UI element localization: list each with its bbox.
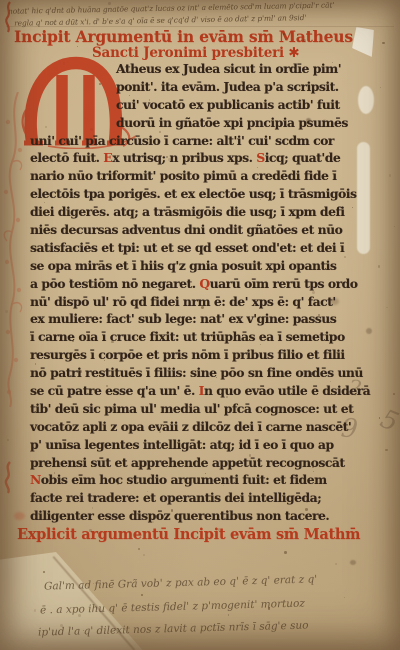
speckle xyxy=(386,307,388,309)
text-line: vocatōz apli z opa evāii z dilcōz dei ī … xyxy=(30,419,360,437)
text-segment: resurgēs ī corpōe et pris nōm ī pribus f… xyxy=(30,347,345,362)
parchment-flaw-blob xyxy=(358,86,374,114)
text-segment: nū' dispō ul' rō qd fidei nrm ē: de' xps… xyxy=(30,294,336,309)
text-line: ī carne oīa ī cruce fixit: ut triūphās e… xyxy=(30,329,360,347)
text-line: uni' cui' pīa circūsio ī carne: alt'i' c… xyxy=(30,133,360,151)
text-line: ponit'. ita evām. Judea p'a scripsit. xyxy=(30,79,360,97)
rubricated-initial: N xyxy=(30,472,41,487)
text-segment: ī carne oīa ī cruce fixit: ut triūphās e… xyxy=(30,329,345,344)
speckle xyxy=(284,551,287,554)
speckle xyxy=(138,548,140,550)
text-segment: vocatōz apli z opa evāii z dilcōz dei ī … xyxy=(30,419,351,434)
text-line: se cū patre esse q'a un' ē. In quo evāo … xyxy=(30,383,360,401)
speckle xyxy=(394,226,395,227)
explicit-rubric: Explicit argumentū Incipit evām sm̄ Math… xyxy=(17,526,360,543)
text-line: ex muliere: fact' sub lege: nat' ex v'gi… xyxy=(30,311,360,329)
manuscript-page: notat' hic q'dnt ab huāna gnatōe quat'z … xyxy=(0,0,400,650)
text-segment: electō fuit. xyxy=(30,150,103,165)
text-line: cui' vocatō ex publicanis actib' fuit xyxy=(30,97,360,115)
text-segment: satisfaciēs et tpi: ut et se qd esset on… xyxy=(30,240,344,255)
speckle xyxy=(7,439,9,441)
text-line: nū' dispō ul' rō qd fidei nrm ē: de' xps… xyxy=(30,294,360,312)
text-segment: uarū oīm rerū tps ordo xyxy=(210,276,358,291)
text-line: diligenter esse dispōz querentibus non t… xyxy=(30,508,360,526)
text-block: Atheus ex Judea sicut in ordīe pim'ponit… xyxy=(30,61,360,526)
text-segment: diligenter esse dispōz querentibus non t… xyxy=(30,508,329,523)
text-line: satisfaciēs et tpi: ut et se qd esset on… xyxy=(30,240,360,258)
text-line: resurgēs ī corpōe et pris nōm ī pribus f… xyxy=(30,347,360,365)
text-line: prehensi sūt et apprehende appetūt recog… xyxy=(30,455,360,473)
text-segment: uni' cui' pīa circūsio ī carne: alt'i' c… xyxy=(30,133,334,148)
text-segment: icq; quat'de xyxy=(265,150,341,165)
text-segment: diei digerēs. atq; a trāsmigōis die usq;… xyxy=(30,204,345,219)
text-line: nario nūo triformit' posito pimū a credē… xyxy=(30,168,360,186)
text-line: Atheus ex Judea sicut in ordīe pim' xyxy=(30,61,360,79)
speckle xyxy=(228,614,230,616)
rubricated-initial: Q xyxy=(199,276,209,291)
speckle xyxy=(389,174,392,177)
speckle xyxy=(143,554,145,556)
text-line: se opa mirās et ī hiis q'z gnia posuit x… xyxy=(30,258,360,276)
text-segment: electōis tpa porigēs. et ex electōe usq;… xyxy=(30,186,356,201)
text-segment: ponit'. ita evām. Judea p'a scripsit. xyxy=(116,79,339,94)
speckle xyxy=(141,594,143,596)
speckle xyxy=(385,449,388,452)
speckle xyxy=(77,46,78,47)
text-segment: se cū patre esse q'a un' ē. xyxy=(30,383,199,398)
red-margin-squiggle-icon xyxy=(1,460,15,494)
speckle xyxy=(393,393,395,395)
text-segment: se opa mirās et ī hiis q'z gnia posuit x… xyxy=(30,258,336,273)
text-segment: Atheus ex Judea sicut in ordīe pim' xyxy=(116,61,341,76)
text-line: p' unīsa legentes intelligāt: atq; id ī … xyxy=(30,437,360,455)
text-line: duorū in gñatōe xpi pncipia psumēs xyxy=(30,115,360,133)
speckle xyxy=(378,265,380,267)
speckle xyxy=(43,571,45,573)
text-line: a pōo testiōm nō negaret. Quarū oīm rerū… xyxy=(30,276,360,294)
text-segment: duorū in gñatōe xpi pncipia psumēs xyxy=(116,115,348,130)
text-line: diei digerēs. atq; a trāsmigōis die usq;… xyxy=(30,204,360,222)
rubricated-initial: S xyxy=(256,150,264,165)
text-segment: nario nūo triformit' posito pimū a credē… xyxy=(30,168,336,183)
text-line: Nobis eīm hoc studio argumenti fuit: et … xyxy=(30,472,360,490)
speckle xyxy=(335,563,338,566)
text-segment: x utrisq; n pribus xps. xyxy=(112,150,256,165)
speckle xyxy=(283,33,285,35)
speckle xyxy=(34,609,37,612)
speckle xyxy=(173,8,174,9)
text-line: tib' deū sic pima ul' media ul' pfcā cog… xyxy=(30,401,360,419)
text-segment: tib' deū sic pima ul' media ul' pfcā cog… xyxy=(30,401,353,416)
speckle xyxy=(380,87,381,88)
speckle xyxy=(382,42,384,44)
text-segment: nō patri restituēs ī filiis: sine pōo sn… xyxy=(30,365,363,380)
text-segment: facte rei tradere: et operantis dei inte… xyxy=(30,490,321,505)
speckle xyxy=(303,39,306,42)
text-segment: n quo evāo utile ē dsiderā xyxy=(204,383,370,398)
text-line: facte rei tradere: et operantis dei inte… xyxy=(30,490,360,508)
text-line: nō patri restituēs ī filiis: sine pōo sn… xyxy=(30,365,360,383)
text-line: electōis tpa porigēs. et ex electōe usq;… xyxy=(30,186,360,204)
rubricated-initial: E xyxy=(103,150,112,165)
text-segment: cui' vocatō ex publicanis actib' fuit xyxy=(116,97,340,112)
speckle xyxy=(108,2,111,5)
text-segment: ex muliere: fact' sub lege: nat' ex v'gi… xyxy=(30,311,336,326)
red-paraph-icon xyxy=(2,1,16,33)
text-segment: a pōo testiōm nō negaret. xyxy=(30,276,199,291)
text-segment: obis eīm hoc studio argumenti fuit: et f… xyxy=(41,472,327,487)
text-segment: prehensi sūt et apprehende appetūt recog… xyxy=(30,455,345,470)
speckle xyxy=(344,597,345,598)
text-segment: niēs decursas adventus dni ondit gñatōes… xyxy=(30,222,342,237)
text-line: electō fuit. Ex utrisq; n pribus xps. Si… xyxy=(30,150,360,168)
text-line: niēs decursas adventus dni ondit gñatōes… xyxy=(30,222,360,240)
text-segment: p' unīsa legentes intelligāt: atq; id ī … xyxy=(30,437,334,452)
